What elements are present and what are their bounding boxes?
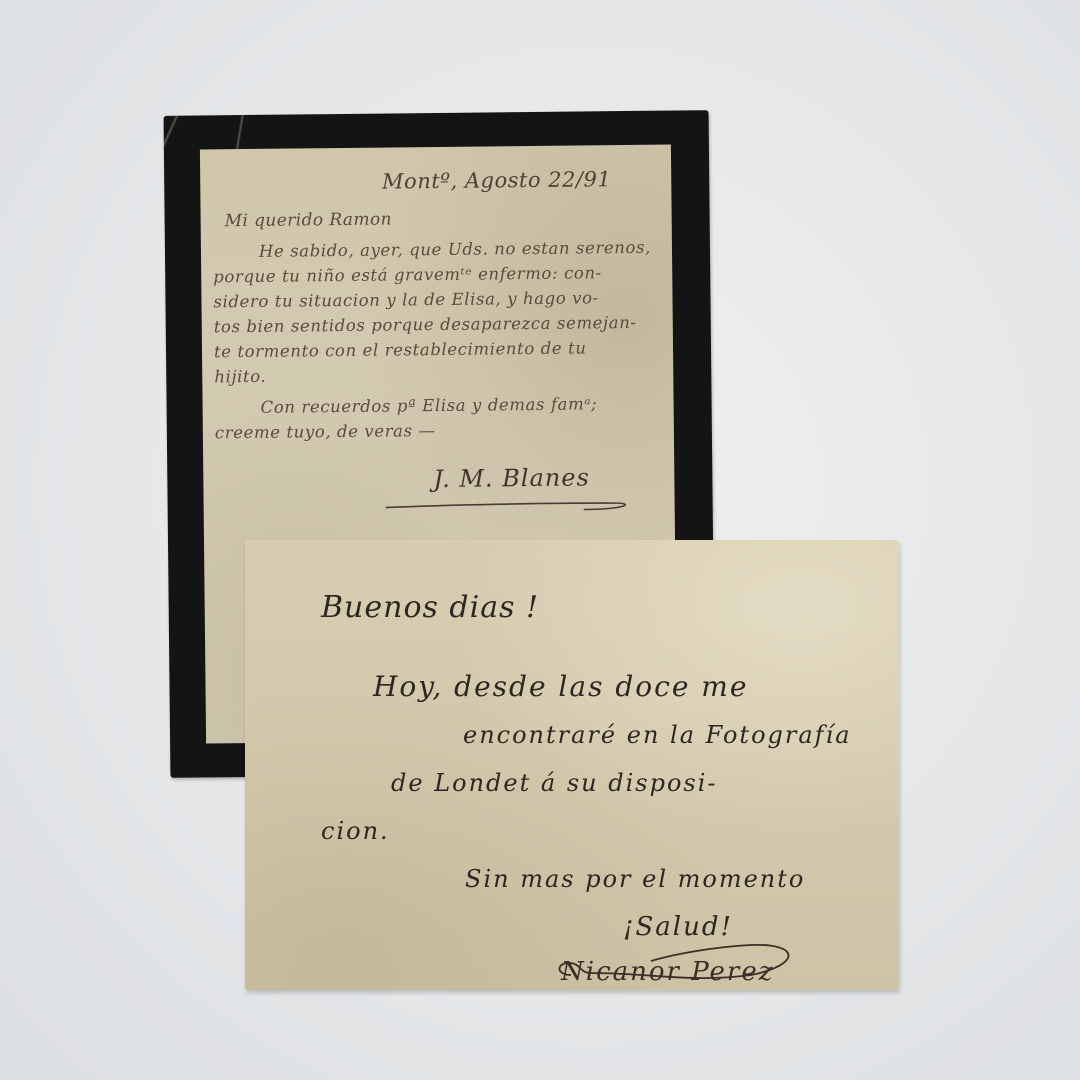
letter-closing-line: creeme tuyo, de veras — (215, 416, 654, 446)
letter-date: Montº, Agosto 22/91 (212, 167, 611, 195)
card-body-line: cion. (321, 807, 869, 855)
card-body-line: encontraré en la Fotografía (321, 711, 869, 759)
letter-body-line: hijito. (214, 360, 653, 390)
card-body-line: Hoy, desde las doce me (321, 663, 869, 711)
letter-closing-line: Con recuerdos pª Elisa y demas famᵃ; (214, 391, 653, 421)
calling-card: Buenos dias ! Hoy, desde las doce me enc… (245, 540, 899, 990)
letter-signature-text: J. M. Blanes (433, 463, 590, 493)
card-greeting: Buenos dias ! (321, 590, 869, 625)
card-body-line: de Londet á su disposi- (321, 759, 869, 807)
card-body-line: Sin mas por el momento (321, 855, 869, 903)
card-signature: Nicanor Perez (561, 957, 869, 987)
letter-body-line: tos bien sentidos porque desaparezca sem… (214, 310, 653, 340)
signature-underline-flourish-icon (384, 497, 634, 514)
letter-salutation: Mi querido Ramon (225, 207, 652, 231)
letter-signature: J. M. Blanes (433, 463, 654, 493)
signature-flourish-icon (551, 935, 811, 985)
